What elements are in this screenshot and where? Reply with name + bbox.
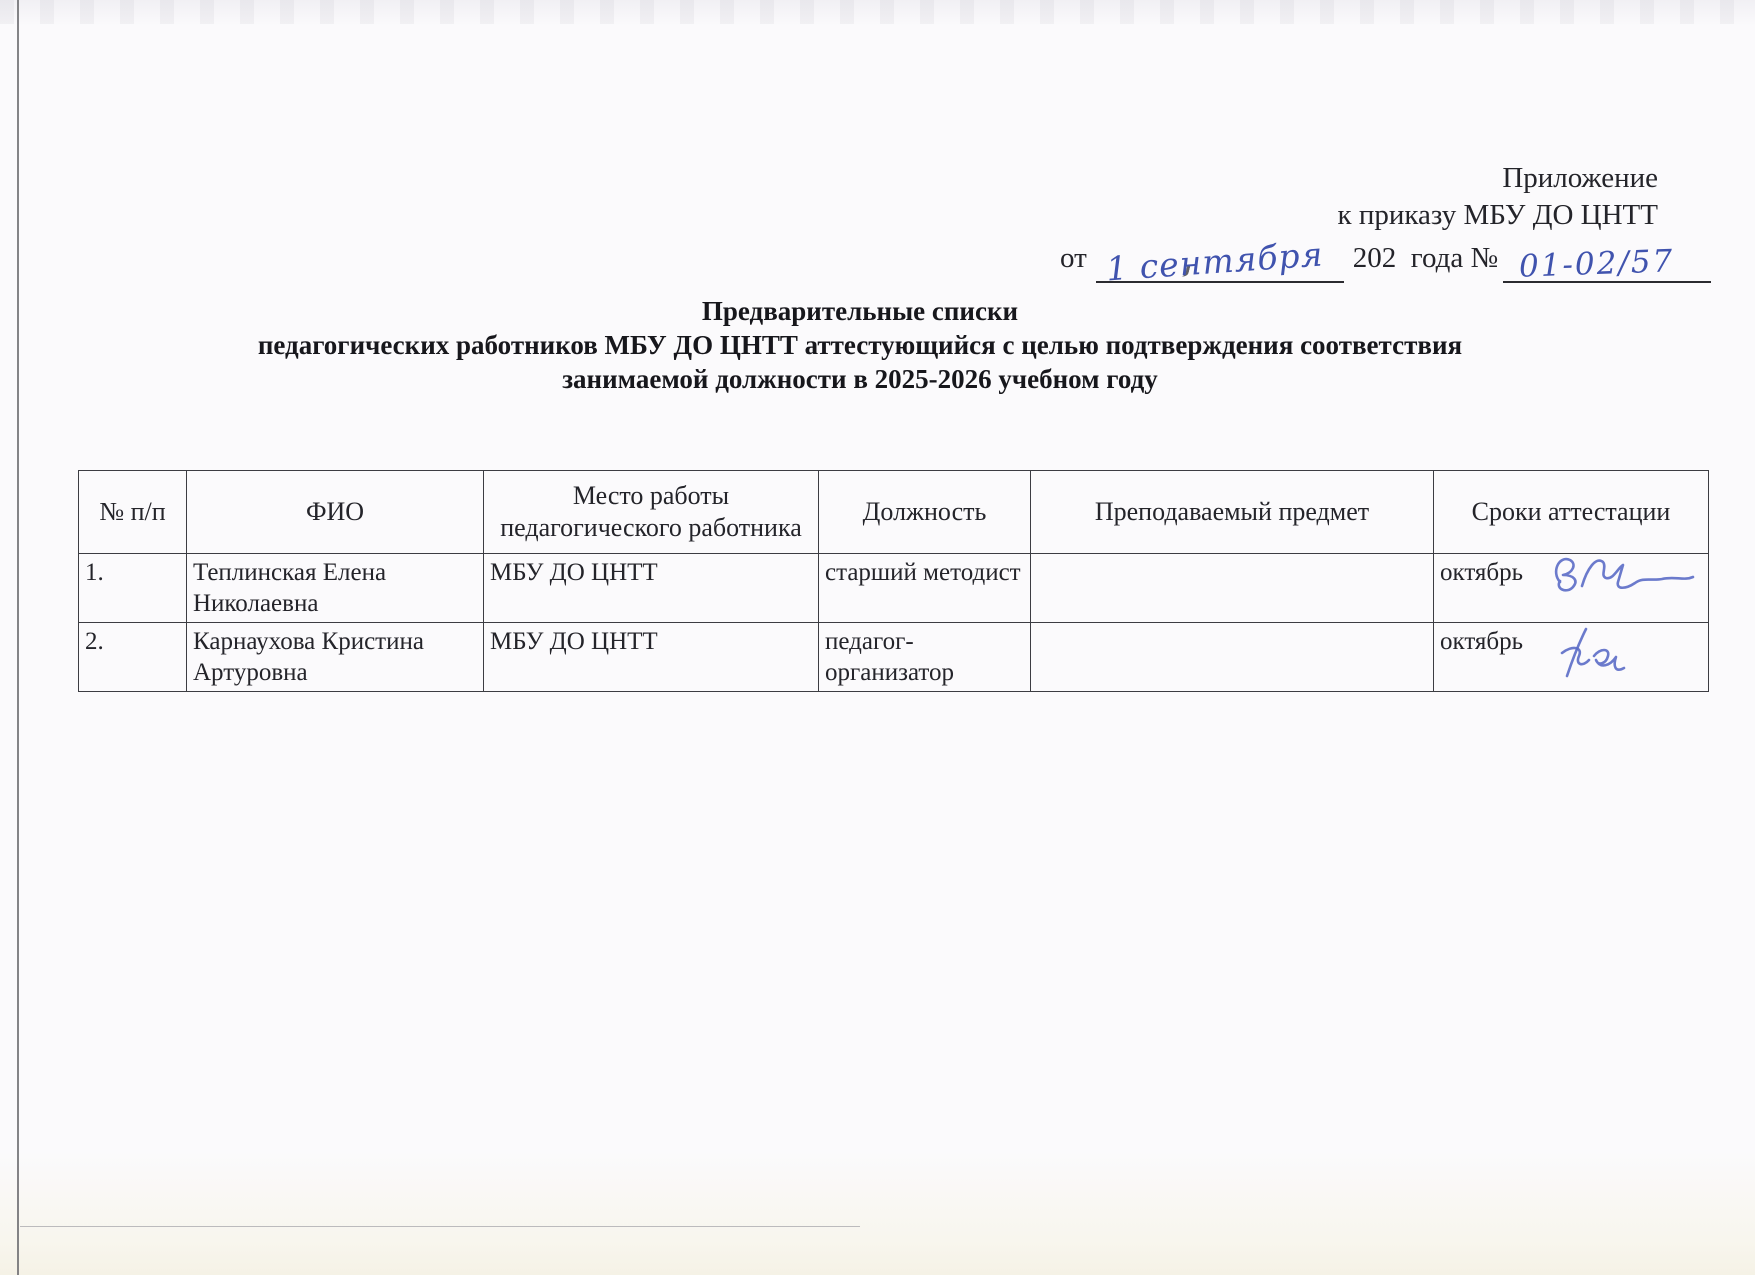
order-org-label: к приказу МБУ ДО ЦНТТ (1060, 197, 1750, 234)
term-text: октябрь (1440, 559, 1523, 586)
cell-position: педагог-организатор (819, 623, 1031, 692)
attestation-table: № п/п ФИО Место работы педагогического р… (78, 470, 1709, 692)
scanned-document-page: Приложение к приказу МБУ ДО ЦНТТ от 1 се… (0, 0, 1755, 1275)
scan-page-edge-line (17, 0, 19, 1275)
column-header-fio: ФИО (187, 471, 484, 554)
document-title: Предварительные списки педагогических ра… (20, 294, 1700, 396)
title-line-3: занимаемой должности в 2025-2026 учебном… (20, 362, 1700, 396)
year-number-label: 202 года № (1353, 240, 1498, 276)
column-header-term: Сроки аттестации (1434, 471, 1709, 554)
column-header-subject: Преподаваемый предмет (1031, 471, 1434, 554)
signature-icon (1542, 548, 1698, 598)
workplace-header-line1: Место работы (573, 481, 729, 510)
table-row: 2. Карнаухова Кристина Артуровна МБУ ДО … (79, 623, 1709, 692)
column-header-position: Должность (819, 471, 1031, 554)
order-reference-block: Приложение к приказу МБУ ДО ЦНТТ от 1 се… (1060, 160, 1750, 276)
cell-fio: Карнаухова Кристина Артуровна (187, 623, 484, 692)
cell-workplace: МБУ ДО ЦНТТ (484, 554, 819, 623)
scan-noise-top (0, 0, 1755, 24)
cell-num: 1. (79, 554, 187, 623)
workplace-header-line2: педагогического работника (500, 513, 802, 542)
order-date-line: от 1 сентября 202 года № 01-02/57 (1060, 237, 1750, 276)
column-header-workplace: Место работы педагогического работника (484, 471, 819, 554)
handwritten-order-number: 01-02/57 (1519, 243, 1675, 285)
appendix-label: Приложение (1060, 160, 1750, 197)
signature-icon (1556, 623, 1628, 681)
table-row: 1. Теплинская Елена Николаевна МБУ ДО ЦН… (79, 554, 1709, 623)
cell-position: старший методист (819, 554, 1031, 623)
title-line-2: педагогических работников МБУ ДО ЦНТТ ат… (20, 328, 1700, 362)
cell-term: октябрь (1434, 554, 1709, 623)
cell-subject (1031, 623, 1434, 692)
cell-subject (1031, 554, 1434, 623)
handwritten-date: 1 сентября (1105, 235, 1325, 287)
column-header-num: № п/п (79, 471, 187, 554)
cell-term: октябрь (1434, 623, 1709, 692)
from-label: от (1060, 240, 1087, 276)
cell-num: 2. (79, 623, 187, 692)
term-text: октябрь (1440, 628, 1523, 655)
cell-workplace: МБУ ДО ЦНТТ (484, 623, 819, 692)
scan-artifact-line-bottom (20, 1226, 860, 1227)
table-header-row: № п/п ФИО Место работы педагогического р… (79, 471, 1709, 554)
date-blank-line: 1 сентября (1096, 237, 1344, 283)
cell-fio: Теплинская Елена Николаевна (187, 554, 484, 623)
title-line-1: Предварительные списки (20, 294, 1700, 328)
order-number-blank-line: 01-02/57 (1503, 237, 1711, 283)
